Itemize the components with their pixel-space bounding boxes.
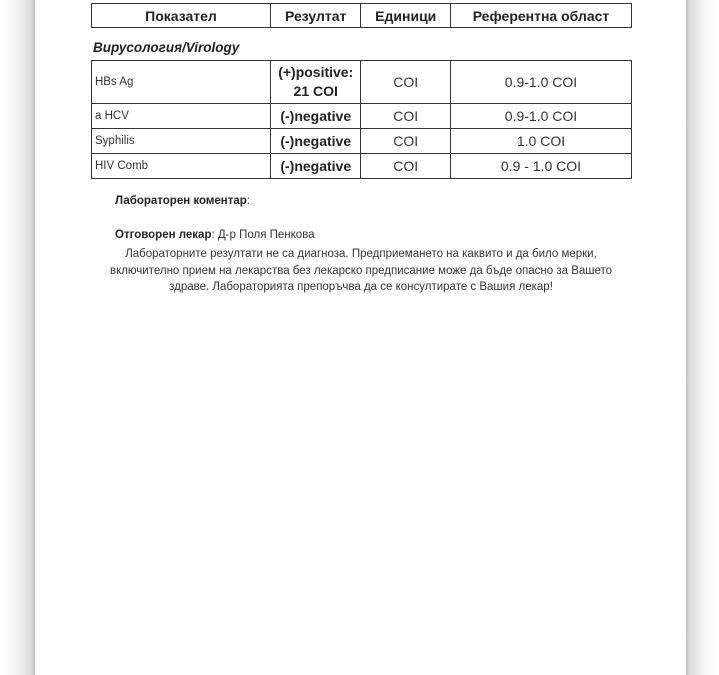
- table-row: HIV Comb (-)negative COI 0.9 - 1.0 COI: [92, 154, 632, 179]
- reference-cell: 0.9-1.0 COI: [450, 61, 631, 104]
- header-result: Резултат: [270, 4, 361, 28]
- unit-cell: COI: [361, 61, 450, 104]
- table-row: HBs Ag (+)positive: 21 COI COI 0.9-1.0 C…: [92, 61, 632, 104]
- result-cell: (-)negative: [270, 154, 361, 179]
- reference-cell: 0.9 - 1.0 COI: [450, 154, 631, 179]
- header-reference-range: Референтна област: [450, 4, 631, 28]
- unit-cell: COI: [361, 129, 450, 154]
- header-units: Единици: [361, 4, 450, 28]
- page-shadow-right: [686, 0, 719, 675]
- result-cell: (-)negative: [270, 129, 361, 154]
- virology-results-table: HBs Ag (+)positive: 21 COI COI 0.9-1.0 C…: [91, 60, 632, 179]
- unit-cell: COI: [361, 104, 450, 129]
- lab-comment-separator: :: [247, 195, 250, 207]
- indicator-cell: HBs Ag: [92, 61, 271, 104]
- section-title-virology: Вирусология/Virology: [93, 40, 239, 55]
- result-value: (+)positive:: [271, 63, 361, 82]
- lab-comment: Лабораторен коментар:: [115, 195, 250, 207]
- result-cell: (+)positive: 21 COI: [270, 61, 361, 104]
- result-value-detail: 21 COI: [271, 82, 361, 101]
- reference-cell: 0.9-1.0 COI: [450, 104, 631, 129]
- indicator-cell: Syphilis: [92, 129, 271, 154]
- indicator-cell: HIV Comb: [92, 154, 271, 179]
- table-row: Syphilis (-)negative COI 1.0 COI: [92, 129, 632, 154]
- doctor-label: Отговорен лекар: [115, 229, 211, 241]
- reference-cell: 1.0 COI: [450, 129, 631, 154]
- lab-comment-label: Лабораторен коментар: [115, 195, 247, 207]
- indicator-cell: a HCV: [92, 104, 271, 129]
- responsible-doctor: Отговорен лекар: Д-р Поля Пенкова: [115, 229, 315, 241]
- page-shadow-left: [0, 0, 35, 675]
- doctor-name: Д-р Поля Пенкова: [218, 229, 315, 241]
- header-row: Показател Резултат Единици Референтна об…: [92, 4, 632, 28]
- table-row: a HCV (-)negative COI 0.9-1.0 COI: [92, 104, 632, 129]
- unit-cell: COI: [361, 154, 450, 179]
- disclaimer-text: Лабораторните резултати не са диагноза. …: [95, 246, 627, 296]
- document-page: Показател Резултат Единици Референтна об…: [35, 0, 686, 675]
- results-header-table: Показател Резултат Единици Референтна об…: [91, 3, 632, 28]
- result-cell: (-)negative: [270, 104, 361, 129]
- header-indicator: Показател: [92, 4, 271, 28]
